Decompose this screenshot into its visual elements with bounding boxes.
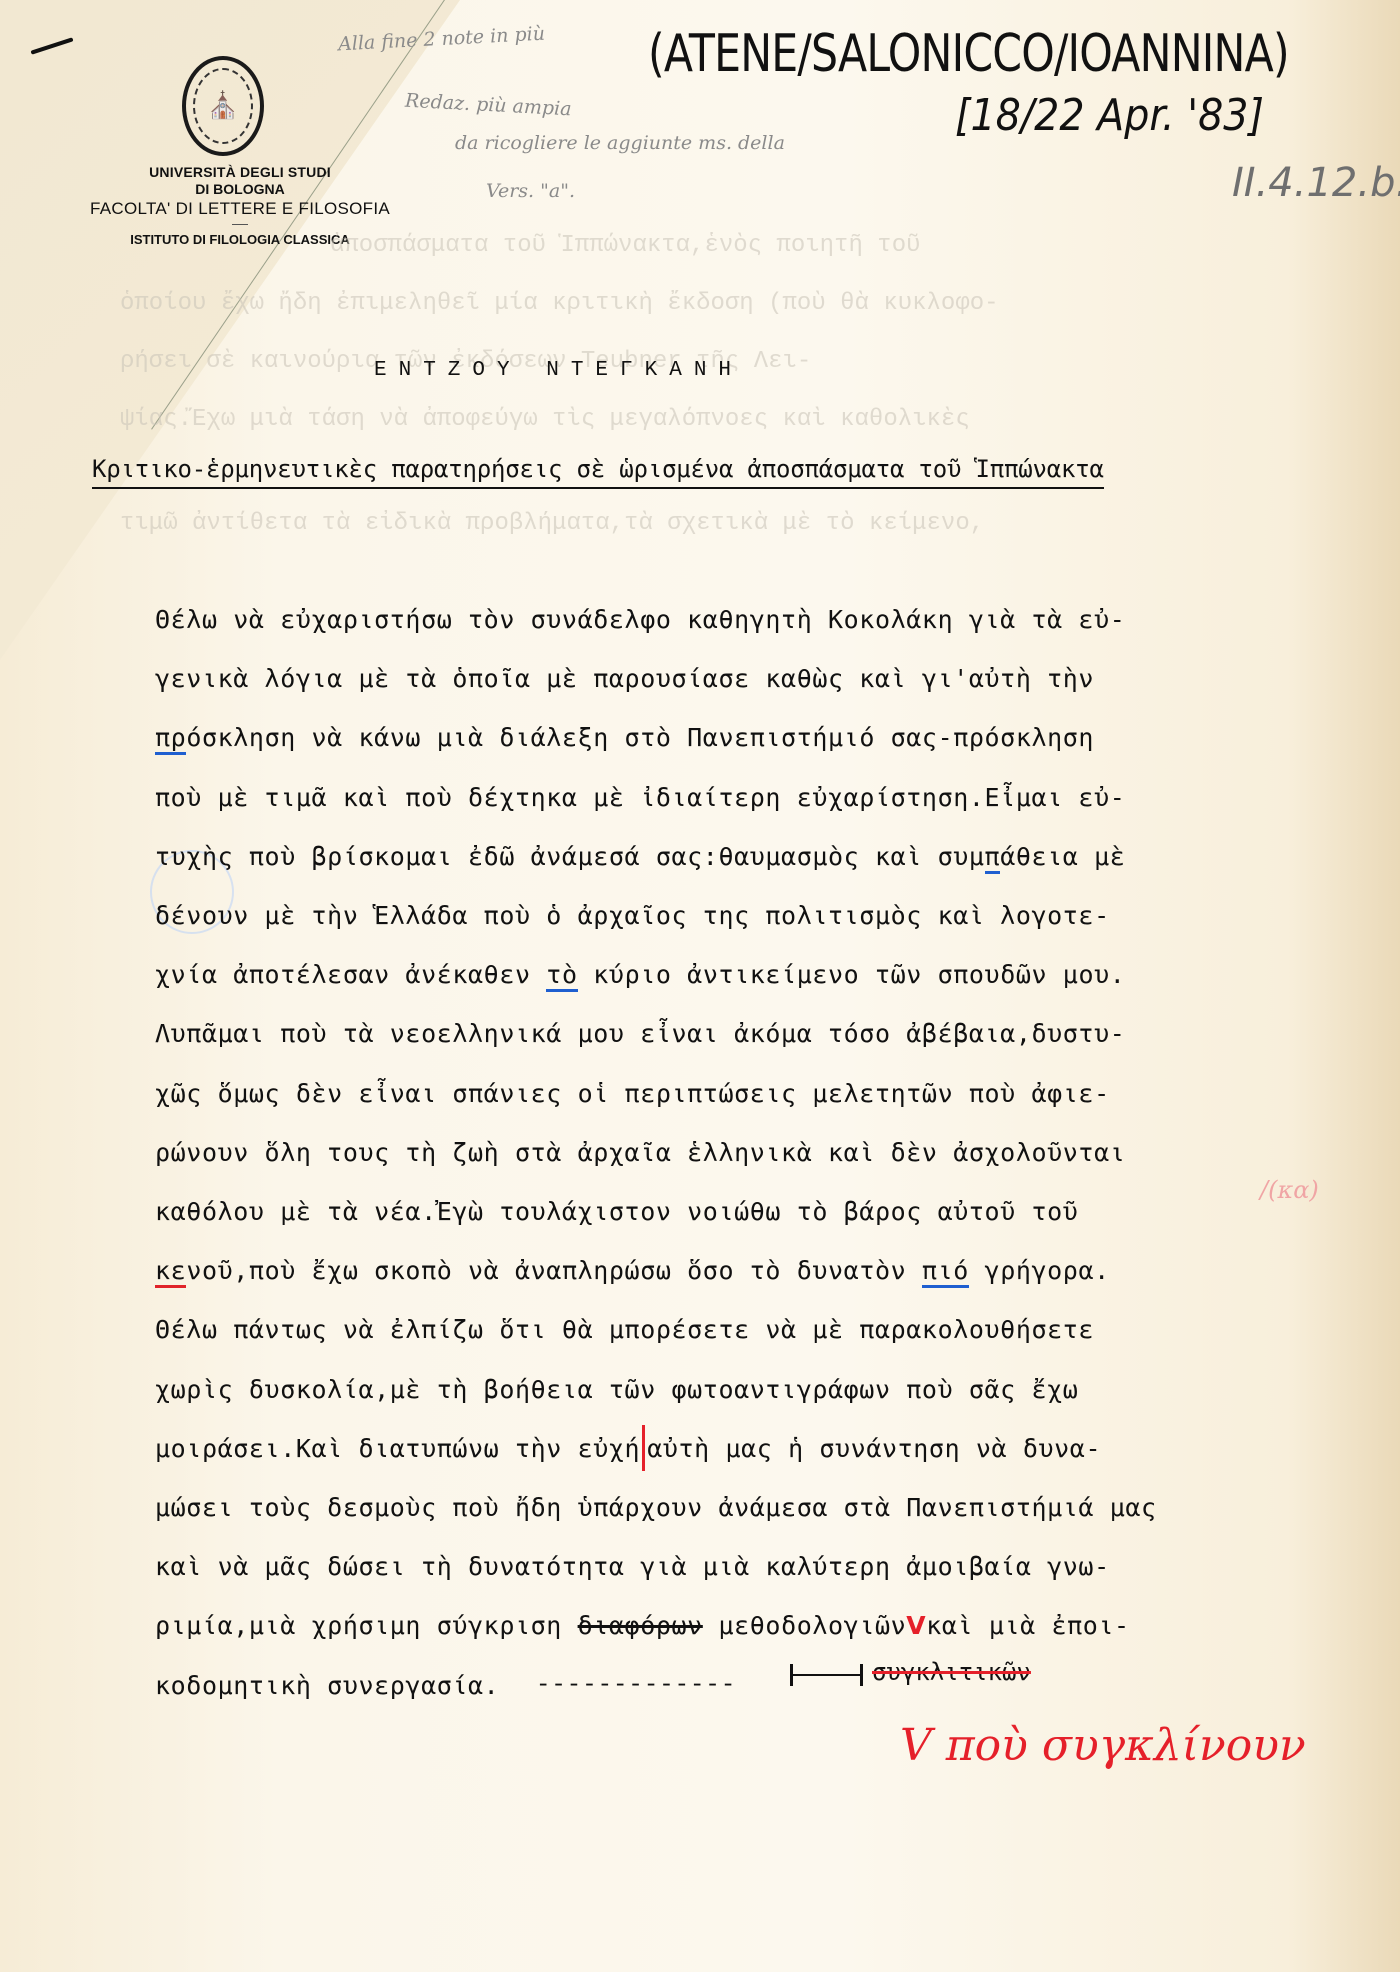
pencil-note-4: Vers. "a". bbox=[486, 180, 575, 202]
text-line: τυχὴς ποὺ βρίσκομαι ἐδῶ ἀνάμεσά σας:θαυμ… bbox=[155, 827, 1275, 886]
text-line: γενικὰ λόγια μὲ τὰ ὁποῖα μὲ παρουσίασε κ… bbox=[155, 649, 1275, 708]
bleed-through-line: ἀποσπάσματα τοῦ Ἱππώνακτα,ἑνὸς ποιητῆ το… bbox=[330, 232, 921, 259]
red-caret-mark: V bbox=[906, 1611, 926, 1640]
letterhead-faculty: FACOLTA' DI LETTERE E FILOSOFIA bbox=[55, 198, 425, 220]
text-line: Θέλω νὰ εὐχαριστήσω τὸν συνάδελφο καθηγη… bbox=[155, 590, 1275, 649]
blue-underline-mark: τὸ bbox=[546, 960, 577, 992]
handwritten-date: [18/22 Apr. '83] bbox=[955, 90, 1264, 141]
text-line: Θέλω πάντως νὰ ἐλπίζω ὅτι θὰ μπορέσετε ν… bbox=[155, 1300, 1275, 1359]
lecture-title: Κριτικο-ἑρμηνευτικὲς παρατηρήσεις σὲ ὡρι… bbox=[92, 455, 1104, 489]
text-line: ρώνουν ὅλη τους τὴ ζωὴ στὰ ἀρχαῖα ἑλληνι… bbox=[155, 1123, 1275, 1182]
text-line: πρόσκληση νὰ κάνω μιὰ διάλεξη στὸ Πανεπι… bbox=[155, 708, 1275, 767]
text-line: χῶς ὅμως δὲν εἶναι σπάνιες οἱ περιπτώσει… bbox=[155, 1064, 1275, 1123]
text-line: καὶ νὰ μᾶς δώσει τὴ δυνατότητα γιὰ μιὰ κ… bbox=[155, 1537, 1275, 1596]
text-line: ποὺ μὲ τιμᾶ καὶ ποὺ δέχτηκα μὲ ἰδιαίτερη… bbox=[155, 768, 1275, 827]
text-line: δένουν μὲ τὴν Ἑλλάδα ποὺ ὁ ἀρχαῖος της π… bbox=[155, 886, 1275, 945]
body-text: Θέλω νὰ εὐχαριστήσω τὸν συνάδελφο καθηγη… bbox=[155, 590, 1275, 1715]
blue-underline-mark: π bbox=[985, 842, 1001, 874]
letterhead-city: DI BOLOGNA bbox=[55, 181, 425, 198]
text-line: κενοῦ,ποὺ ἔχω σκοπὸ νὰ ἀναπληρώσω ὅσο τὸ… bbox=[155, 1241, 1275, 1300]
text-line: μώσει τοὺς δεσμοὺς ποὺ ἤδη ὑπάρχουν ἀνάμ… bbox=[155, 1478, 1275, 1537]
pencil-note-3: da ricogliere le aggiunte ms. della bbox=[455, 132, 785, 154]
letterhead-university: UNIVERSITÀ DEGLI STUDI bbox=[55, 164, 425, 181]
bleed-through-line: ψίας.Ἔχω μιὰ τάση νὰ ἀποφεύγω τὶς μεγαλό… bbox=[120, 406, 970, 433]
red-handwritten-insertion: V ποὺ συγκλίνουν bbox=[900, 1720, 1306, 1771]
text-line: χωρὶς δυσκολία,μὲ τὴ βοήθεια τῶν φωτοαντ… bbox=[155, 1360, 1275, 1419]
insertion-bracket-line bbox=[790, 1674, 862, 1676]
blue-underline-mark: πιό bbox=[922, 1256, 969, 1288]
handwritten-places: (ATENE/SALONICCO/IOANNINA) bbox=[648, 24, 1289, 84]
author-name: ΕΝΤΖΟΥ ΝΤΕΓΚΑΝΗ bbox=[374, 359, 743, 382]
text-line: ριμία,μιὰ χρήσιμη σύγκριση διαφόρων μεθο… bbox=[155, 1596, 1275, 1655]
blue-underline-mark: πρ bbox=[155, 723, 186, 755]
university-seal-icon: ⛪ bbox=[182, 56, 264, 156]
red-insertion-mark bbox=[642, 1425, 645, 1471]
bleed-through-line: ὁποίου ἔχω ἤδη ἐπιμεληθεῖ μία κριτικὴ ἔκ… bbox=[120, 290, 999, 317]
struck-word: διαφόρων bbox=[578, 1611, 703, 1640]
red-underline-mark: κε bbox=[155, 1256, 186, 1288]
letterhead-divider bbox=[232, 224, 248, 225]
red-struck-word: συγκλιτικῶν bbox=[872, 1658, 1031, 1686]
red-margin-note: /(κα) bbox=[1260, 1176, 1319, 1204]
insertion-bracket-right bbox=[860, 1664, 863, 1686]
archive-reference: II.4.12.b. bbox=[1232, 160, 1400, 206]
text-line: μοιράσει.Καὶ διατυπώνω τὴν εὐχήαὐτὴ μας … bbox=[155, 1419, 1275, 1478]
end-separator: ------------- bbox=[536, 1672, 736, 1699]
text-line: καθόλου μὲ τὰ νέα.Ἐγὼ τουλάχιστον νοιώθω… bbox=[155, 1182, 1275, 1241]
bleed-through-line: τιμῶ ἀντίθετα τὰ εἰδικὰ προβλήματα,τὰ σχ… bbox=[120, 510, 984, 537]
text-line: χνία ἀποτέλεσαν ἀνέκαθεν τὸ κύριο ἀντικε… bbox=[155, 945, 1275, 1004]
seal-emblem-icon: ⛪ bbox=[193, 68, 253, 144]
text-line: Λυπᾶμαι ποὺ τὰ νεοελληνικά μου εἶναι ἀκό… bbox=[155, 1004, 1275, 1063]
